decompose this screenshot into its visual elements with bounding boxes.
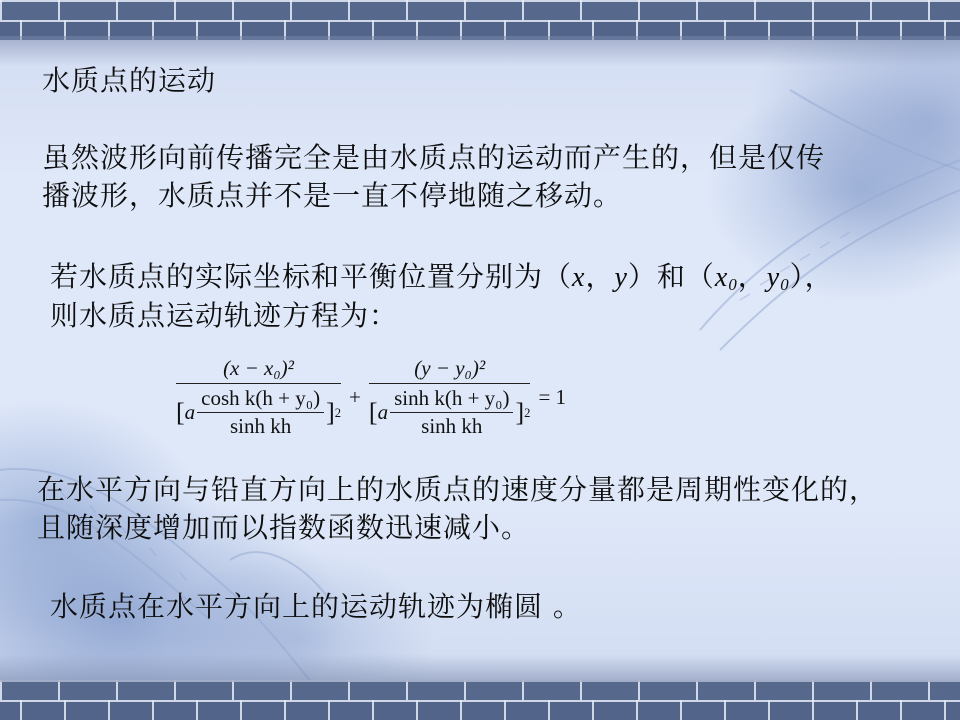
var-x: x xyxy=(572,262,585,293)
text-segment: ）， xyxy=(790,260,834,293)
bracket-open: [ xyxy=(176,398,185,428)
text-segment: 若水质点的实际坐标和平衡位置分别为（ xyxy=(50,260,572,293)
text-segment: ）和（ xyxy=(628,260,715,293)
inner-fraction: cosh k(h + y₀) sinh kh xyxy=(197,386,324,439)
paragraph-line: 且随深度增加而以指数函数迅速减小。 xyxy=(37,509,878,547)
bracket-close: ] xyxy=(326,398,335,428)
var-base: x xyxy=(715,262,728,293)
paragraph-line: 播波形，水质点并不是一直不停地随之移动。 xyxy=(42,177,825,215)
inner-fraction: sinh k(h + y₀) sinh kh xyxy=(390,386,513,439)
bottom-shadow xyxy=(0,654,960,682)
plus-operator: + xyxy=(349,385,361,410)
equation-term-1: (x − x₀)² [ a cosh k(h + y₀) sinh kh ]2 xyxy=(176,356,341,439)
term-denominator: [ a sinh k(h + y₀) sinh kh ]2 xyxy=(369,384,531,439)
trajectory-equation: (x − x₀)² [ a cosh k(h + y₀) sinh kh ]2 … xyxy=(176,356,574,439)
inner-denominator: sinh kh xyxy=(421,413,482,439)
amplitude-a: a xyxy=(378,400,389,425)
term-numerator: (y − y₀)² xyxy=(408,356,491,383)
paragraph-line: 虽然波形向前传播完全是由水质点的运动而产生的，但是仅传 xyxy=(42,139,825,177)
brick-border-top xyxy=(0,0,960,40)
var-subscript: 0 xyxy=(728,275,737,294)
paragraph-line: 在水平方向与铅直方向上的水质点的速度分量都是周期性变化的， xyxy=(37,471,878,509)
inner-denominator: sinh kh xyxy=(230,413,291,439)
bracket-close: ] xyxy=(515,398,524,428)
var-y0: y0 xyxy=(767,262,790,293)
equation-term-2: (y − y₀)² [ a sinh k(h + y₀) sinh kh ]2 xyxy=(369,356,531,439)
text-segment: ， xyxy=(585,260,614,293)
amplitude-a: a xyxy=(185,400,196,425)
brick-border-bottom xyxy=(0,680,960,720)
equals-one: = 1 xyxy=(538,385,566,410)
var-x0: x0 xyxy=(715,262,738,293)
term-numerator: (x − x₀)² xyxy=(217,356,300,383)
term-denominator: [ a cosh k(h + y₀) sinh kh ]2 xyxy=(176,384,341,439)
var-base: y xyxy=(767,262,780,293)
var-y: y xyxy=(614,262,627,293)
slide-title: 水质点的运动 xyxy=(42,62,216,100)
paragraph-wave-propagation: 虽然波形向前传播完全是由水质点的运动而产生的，但是仅传 播波形，水质点并不是一直… xyxy=(42,139,825,215)
paragraph-ellipse: 水质点在水平方向上的运动轨迹为椭圆 。 xyxy=(50,588,582,626)
paragraph-line: 若水质点的实际坐标和平衡位置分别为（x，y）和（x0，y0）， xyxy=(50,258,834,297)
paragraph-line: 则水质点运动轨迹方程为： xyxy=(50,297,834,335)
var-subscript: 0 xyxy=(780,275,789,294)
inner-numerator: sinh k(h + y₀) xyxy=(390,386,513,412)
paragraph-velocity: 在水平方向与铅直方向上的水质点的速度分量都是周期性变化的， 且随深度增加而以指数… xyxy=(37,471,878,547)
bracket-open: [ xyxy=(369,398,378,428)
paragraph-coordinates: 若水质点的实际坐标和平衡位置分别为（x，y）和（x0，y0）， 则水质点运动轨迹… xyxy=(50,258,834,335)
text-segment: ， xyxy=(738,260,767,293)
inner-numerator: cosh k(h + y₀) xyxy=(197,386,324,412)
